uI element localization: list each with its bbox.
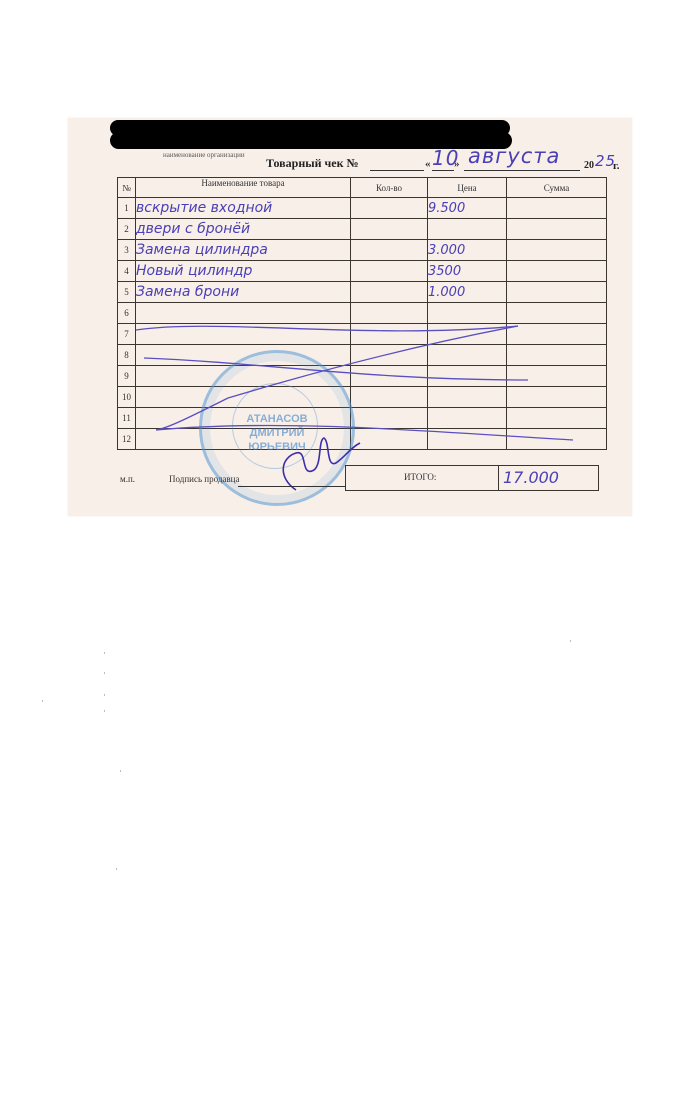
row-qty: [351, 261, 428, 282]
seal-place-label: м.п.: [120, 474, 135, 484]
row-sum: [507, 198, 607, 219]
table-row: 7: [118, 324, 607, 345]
row-price: [428, 366, 507, 387]
row-no: 10: [118, 387, 136, 408]
signature-label: Подпись продавца: [169, 474, 240, 484]
organization-caption: наименование организации: [163, 151, 245, 159]
table-row: 6: [118, 303, 607, 324]
row-price: 1.000: [428, 282, 507, 303]
table-row: 4 Новый цилиндр 3500: [118, 261, 607, 282]
total-value: 17.000: [503, 468, 559, 487]
scan-speck: [104, 652, 105, 654]
row-no: 2: [118, 219, 136, 240]
row-price: [428, 219, 507, 240]
row-price: [428, 429, 507, 450]
month-line: [464, 170, 580, 171]
row-no: 8: [118, 345, 136, 366]
row-price: 3500: [428, 261, 507, 282]
row-price: [428, 387, 507, 408]
table-row: 1 вскрытие входной 9.500: [118, 198, 607, 219]
col-header-name: Наименование товара: [136, 178, 351, 198]
row-sum: [507, 429, 607, 450]
col-header-no: №: [118, 178, 136, 198]
table-row: 5 Замена брони 1.000: [118, 282, 607, 303]
row-no: 1: [118, 198, 136, 219]
row-price: [428, 345, 507, 366]
row-name: Новый цилиндр: [136, 261, 351, 282]
row-qty: [351, 408, 428, 429]
stamp-line-2: ДМИТРИЙ: [202, 427, 352, 440]
scan-speck: [104, 694, 105, 696]
scan-speck: [42, 700, 43, 702]
quote-open: «: [425, 158, 431, 170]
row-no: 5: [118, 282, 136, 303]
row-qty: [351, 345, 428, 366]
receipt-title: Товарный чек №: [266, 156, 359, 171]
row-qty: [351, 198, 428, 219]
stamp-line-1: АТАНАСОВ: [202, 413, 352, 426]
table-row: 10: [118, 387, 607, 408]
row-price: 3.000: [428, 240, 507, 261]
scan-speck: [104, 672, 105, 674]
row-no: 9: [118, 366, 136, 387]
total-label: ИТОГО:: [404, 472, 436, 482]
stamp-inner-ring: [232, 383, 318, 469]
row-no: 4: [118, 261, 136, 282]
row-no: 3: [118, 240, 136, 261]
signature-line: [238, 486, 346, 487]
row-qty: [351, 324, 428, 345]
receipt-number-line: [370, 170, 424, 171]
row-sum: [507, 240, 607, 261]
items-table: № Наименование товара Кол-во Цена Сумма …: [117, 177, 607, 450]
stamp-line-3: ЮРЬЕВИЧ: [202, 441, 352, 454]
total-box: ИТОГО: 17.000: [345, 465, 599, 491]
row-sum: [507, 345, 607, 366]
row-price: 9.500: [428, 198, 507, 219]
row-price: [428, 324, 507, 345]
row-sum: [507, 366, 607, 387]
row-sum: [507, 282, 607, 303]
table-row: 9: [118, 366, 607, 387]
scan-speck: [120, 770, 121, 772]
row-sum: [507, 408, 607, 429]
col-header-price: Цена: [428, 178, 507, 198]
row-price: [428, 408, 507, 429]
table-header-row: № Наименование товара Кол-во Цена Сумма: [118, 178, 607, 198]
scan-speck: [116, 868, 117, 870]
sales-receipt: наименование организации Товарный чек № …: [68, 118, 632, 516]
row-qty: [351, 282, 428, 303]
row-name: двери с бронёй: [136, 219, 351, 240]
row-sum: [507, 387, 607, 408]
total-value-cell: 17.000: [498, 466, 598, 490]
table-row: 11: [118, 408, 607, 429]
year-unit: г.: [613, 160, 620, 172]
row-no: 11: [118, 408, 136, 429]
row-qty: [351, 387, 428, 408]
col-header-qty: Кол-во: [351, 178, 428, 198]
row-sum: [507, 324, 607, 345]
date-month: августа: [468, 144, 560, 168]
row-name: вскрытие входной: [136, 198, 351, 219]
row-qty: [351, 240, 428, 261]
row-no: 12: [118, 429, 136, 450]
row-qty: [351, 303, 428, 324]
row-name: [136, 303, 351, 324]
year-prefix: 20: [584, 160, 594, 171]
row-qty: [351, 219, 428, 240]
table-row: 12: [118, 429, 607, 450]
table-row: 2 двери с бронёй: [118, 219, 607, 240]
row-price: [428, 303, 507, 324]
col-header-sum: Сумма: [507, 178, 607, 198]
row-name: Замена брони: [136, 282, 351, 303]
row-qty: [351, 429, 428, 450]
row-no: 6: [118, 303, 136, 324]
scan-speck: [570, 640, 571, 642]
row-name: [136, 324, 351, 345]
quote-close: »: [454, 158, 460, 170]
row-name: Замена цилиндра: [136, 240, 351, 261]
table-row: 3 Замена цилиндра 3.000: [118, 240, 607, 261]
row-sum: [507, 303, 607, 324]
row-qty: [351, 366, 428, 387]
scan-speck: [104, 710, 105, 712]
row-sum: [507, 219, 607, 240]
row-no: 7: [118, 324, 136, 345]
row-sum: [507, 261, 607, 282]
day-line: [432, 170, 454, 171]
table-row: 8: [118, 345, 607, 366]
